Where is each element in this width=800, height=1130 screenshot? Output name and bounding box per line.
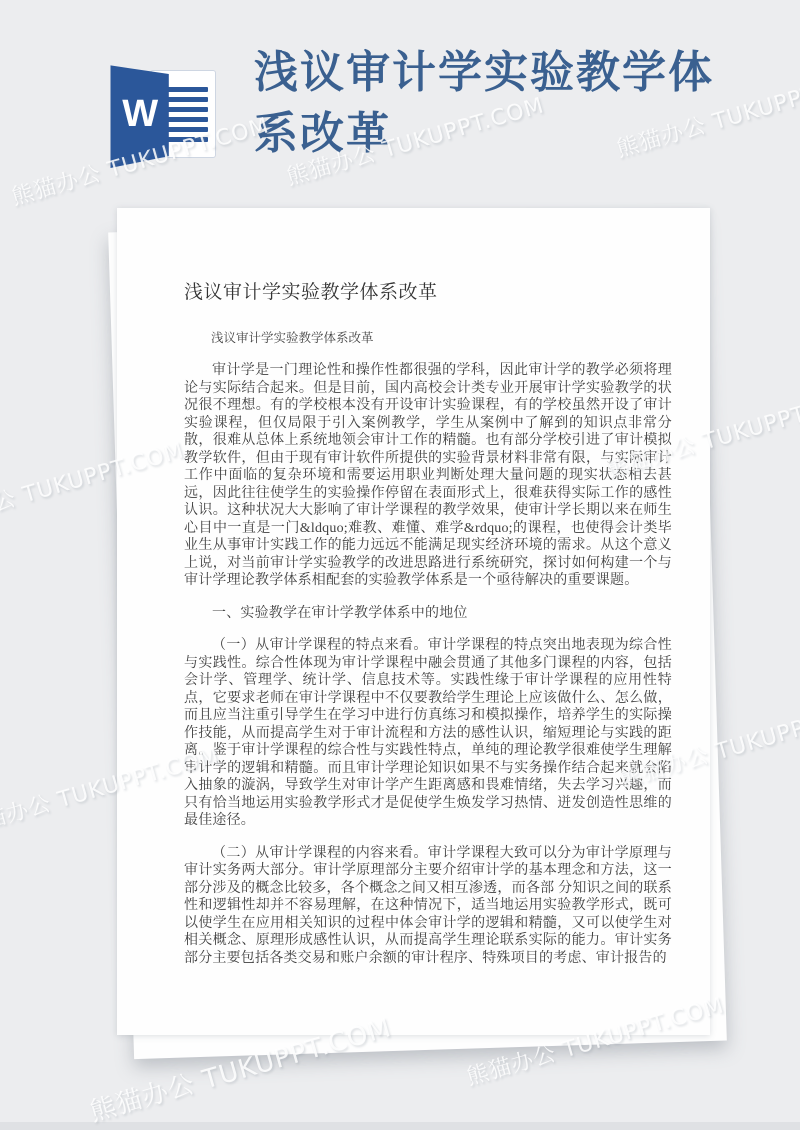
document-subtitle: 浅议审计学实验教学体系改革 [184,330,672,347]
page-header: W 浅议审计学实验教学体系改革 [0,0,800,200]
page: W 浅议审计学实验教学体系改革 浅议审计学实验教学体系改革 浅议审计学实验教学体… [0,0,800,1130]
page-title: 浅议审计学实验教学体系改革 [254,42,740,164]
document-page: 浅议审计学实验教学体系改革 浅议审计学实验教学体系改革 审计学是一门理论性和操作… [117,208,710,1035]
document-section-heading: 一、实验教学在审计学教学体系中的地位 [184,605,672,623]
bottom-divider [0,1122,800,1130]
word-icon-letter: W [113,95,168,133]
word-file-icon: W [105,60,215,168]
document-paragraph: 审计学是一门理论性和操作性都很强的学科，因此审计学的教学必须将理论与实际结合起来… [184,362,672,590]
document-paragraph: （一）从审计学课程的特点来看。审计学课程的特点突出地表现为综合性与实践性。综合性… [184,637,672,830]
document-paragraph: （二）从审计学课程的内容来看。审计学课程大致可以分为审计学原理与审计实务两大部分… [184,845,672,968]
document-heading: 浅议审计学实验教学体系改革 [184,282,672,304]
